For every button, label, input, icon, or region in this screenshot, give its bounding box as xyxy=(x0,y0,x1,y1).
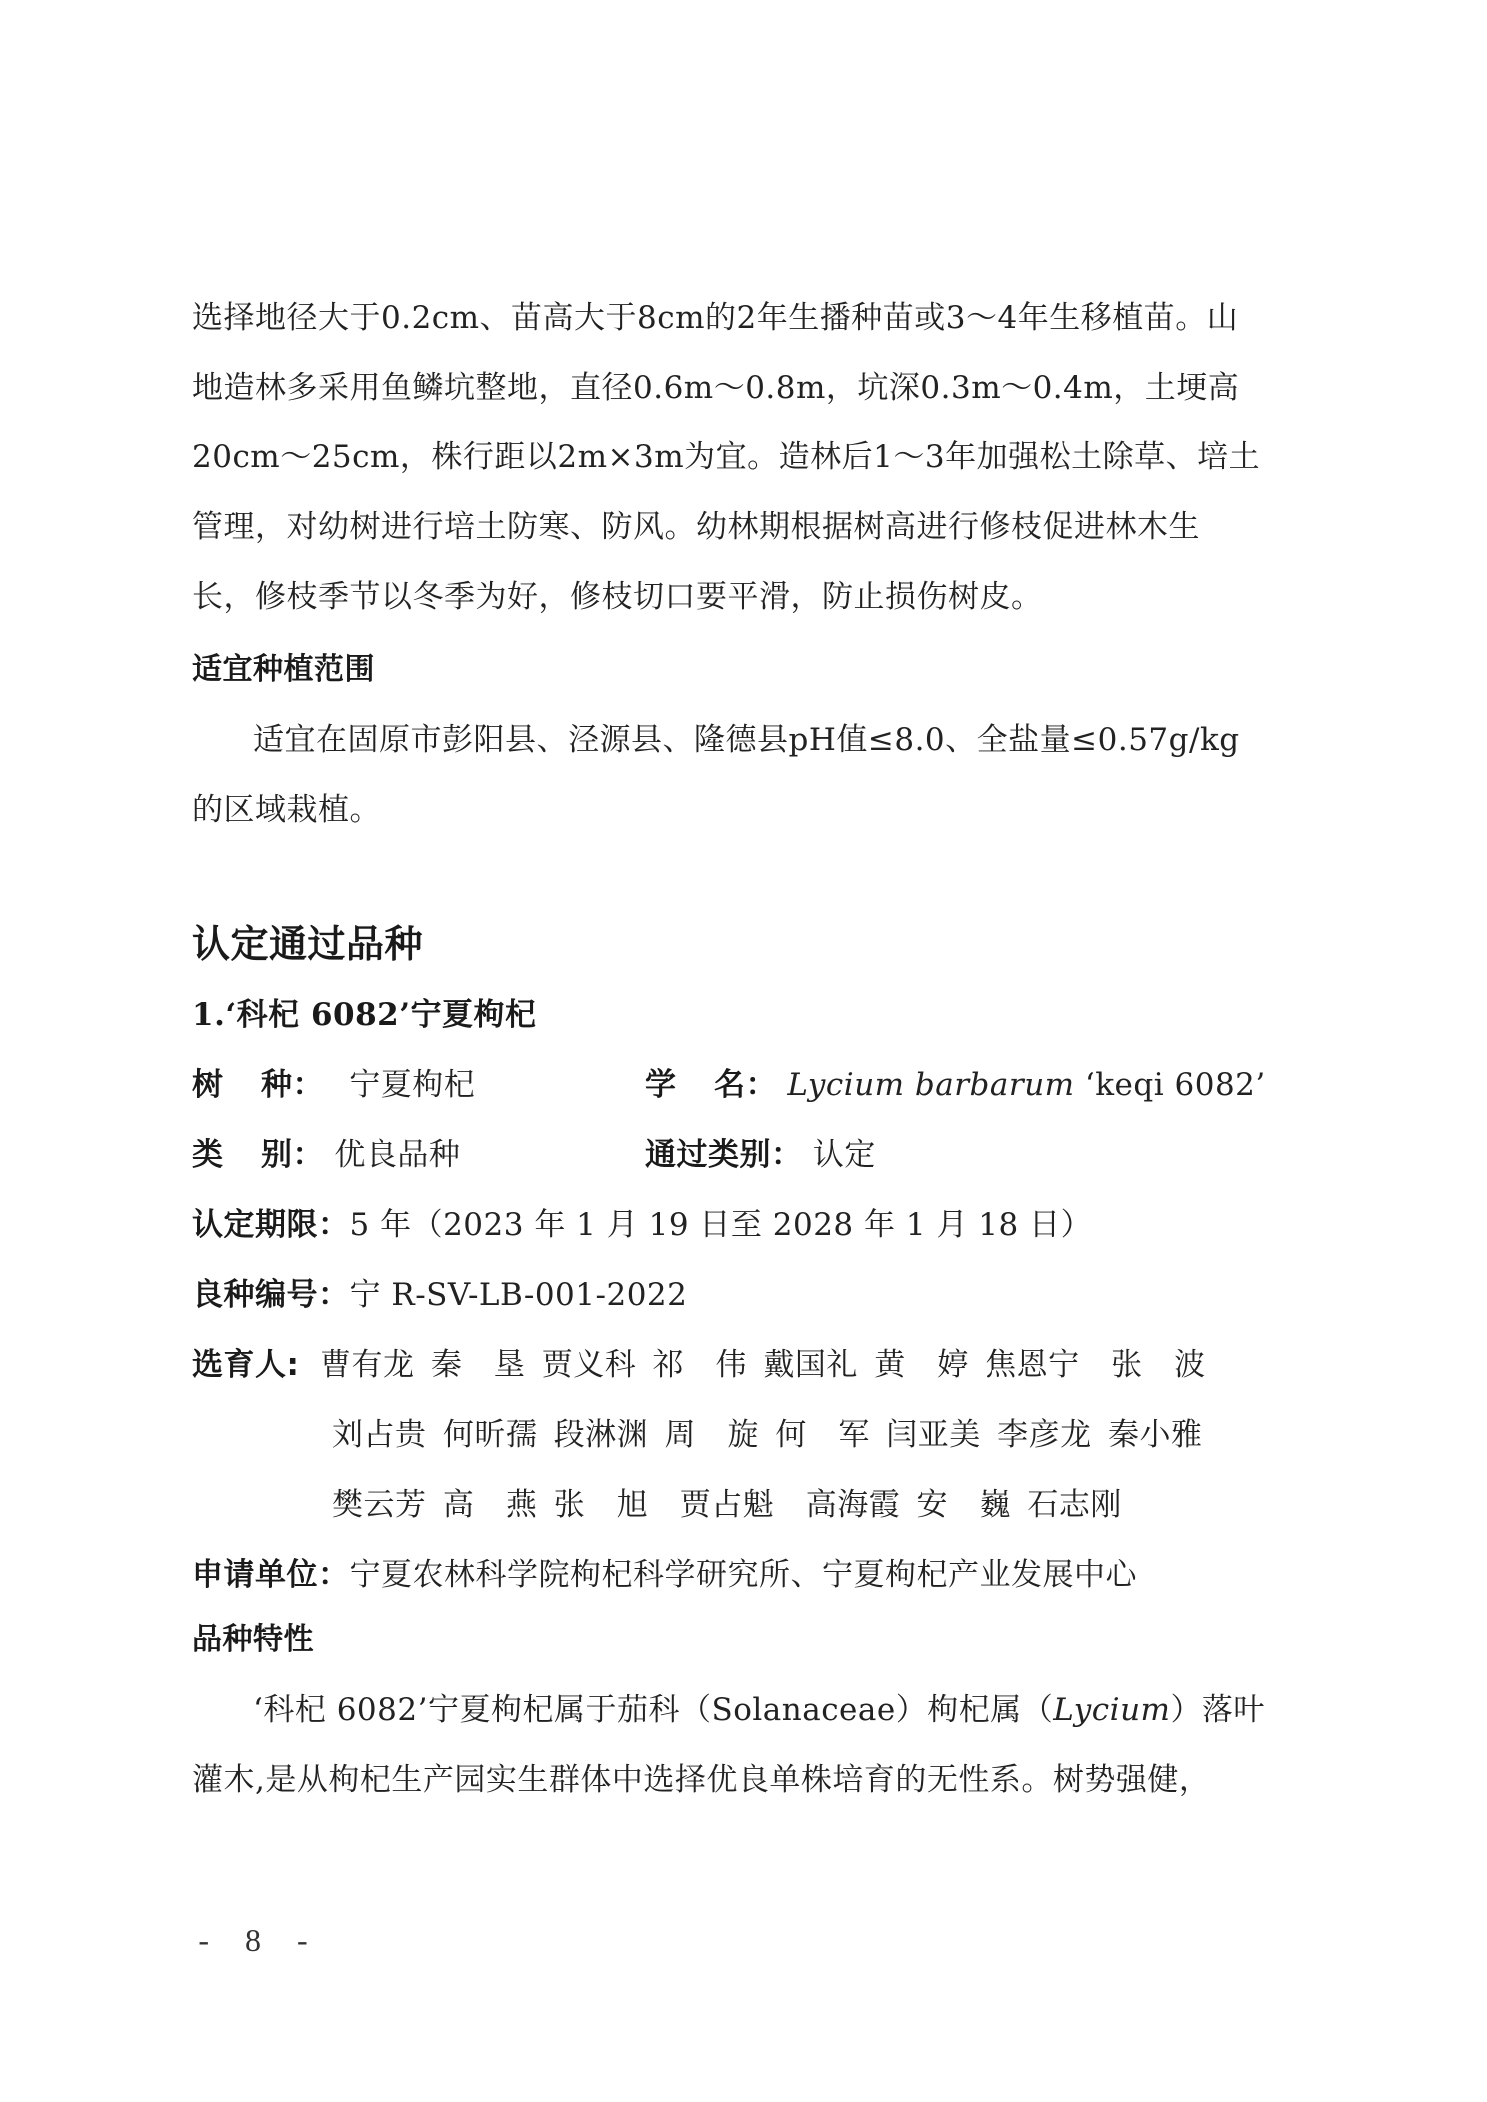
applicant-row: 申请单位：宁夏农林科学院枸杞科学研究所、宁夏枸杞产业发展中心 xyxy=(192,1555,1137,1595)
characteristics-text: ）落叶 xyxy=(1170,1692,1265,1728)
paragraph-line: 长，修枝季节以冬季为好，修枝切口要平滑，防止损伤树皮。 xyxy=(192,577,1043,617)
breeders-line: 樊云芳 高 燕 张 旭 贾占魁 高海霞 安 巍 石志刚 xyxy=(332,1485,1122,1525)
characteristics-line: 灌木,是从枸杞生产园实生群体中选择优良单株培育的无性系。树势强健， xyxy=(192,1760,1210,1800)
page-number: - 8 - xyxy=(0,1922,520,1959)
characteristics-heading: 品种特性 xyxy=(192,1620,314,1660)
validity-label: 认定期限： xyxy=(192,1207,350,1243)
applicant-value: 宁夏农林科学院枸杞科学研究所、宁夏枸杞产业发展中心 xyxy=(350,1557,1138,1593)
suitable-range-heading: 适宜种植范围 xyxy=(192,650,375,690)
applicant-label: 申请单位： xyxy=(192,1557,350,1593)
tree-species-row: 树树种：种： 宁夏枸杞 xyxy=(192,1065,475,1105)
category-row: 类别： 优良品种 xyxy=(192,1135,460,1175)
paragraph-line: 20cm～25cm，株行距以2m×3m为宜。造林后1～3年加强松土除草、培土 xyxy=(192,437,1260,477)
paragraph-line: 选择地径大于0.2cm、苗高大于8cm的2年生播种苗或3～4年生移植苗。山 xyxy=(192,298,1238,338)
code-row: 良种编号：宁 R-SV-LB-001-2022 xyxy=(192,1275,687,1315)
pass-type-row: 通过类别： 认定 xyxy=(645,1135,876,1175)
paragraph-line: 管理，对幼树进行培土防寒、防风。幼林期根据树高进行修枝促进林木生 xyxy=(192,507,1200,547)
category-value: 优良品种 xyxy=(334,1137,460,1173)
category-label: 类别： xyxy=(192,1137,324,1173)
scientific-name-cultivar: ‘keqi 6082’ xyxy=(1075,1067,1266,1103)
tree-species-label: 树树种：种： xyxy=(192,1067,335,1103)
suitable-range-text: 适宜在固原市彭阳县、泾源县、隆德县pH值≤8.0、全盐量≤0.57g/kg xyxy=(253,720,1240,760)
variety-title: 1.‘科杞 6082’宁夏枸杞 xyxy=(192,995,537,1035)
characteristics-text: ‘科杞 6082’宁夏枸杞属于茄科（Solanaceae）枸杞属（ xyxy=(253,1692,1053,1728)
scientific-name-label: 学名： xyxy=(645,1067,777,1103)
characteristics-line: ‘科杞 6082’宁夏枸杞属于茄科（Solanaceae）枸杞属（Lycium）… xyxy=(253,1690,1265,1730)
tree-species-value: 宁夏枸杞 xyxy=(349,1067,475,1103)
code-value: 宁 R-SV-LB-001-2022 xyxy=(350,1277,688,1313)
suitable-range-text: 的区域栽植。 xyxy=(192,790,381,830)
section-title: 认定通过品种 xyxy=(192,920,423,968)
validity-row: 认定期限：5 年（2023 年 1 月 19 日至 2028 年 1 月 18 … xyxy=(192,1205,1092,1245)
paragraph-line: 地造林多采用鱼鳞坑整地，直径0.6m～0.8m，坑深0.3m～0.4m，土埂高 xyxy=(192,368,1239,408)
pass-type-label: 通过类别： xyxy=(645,1137,803,1173)
breeders-line: 曹有龙 秦 垦 贾义科 祁 伟 戴国礼 黄 婷 焦恩宁 张 波 xyxy=(320,1345,1206,1385)
genus-italic: Lycium xyxy=(1053,1692,1170,1728)
pass-type-value: 认定 xyxy=(813,1137,876,1173)
scientific-name-row: 学名： Lycium barbarum ‘keqi 6082’ xyxy=(645,1065,1266,1105)
code-label: 良种编号： xyxy=(192,1277,350,1313)
validity-value: 5 年（2023 年 1 月 19 日至 2028 年 1 月 18 日） xyxy=(350,1207,1093,1243)
scientific-name-italic: Lycium barbarum xyxy=(787,1067,1074,1103)
breeders-row: 选育人: xyxy=(192,1345,299,1385)
breeders-label: 选育人: xyxy=(192,1347,299,1383)
breeders-line: 刘占贵 何昕孺 段淋渊 周 旋 何 军 闫亚美 李彦龙 秦小雅 xyxy=(332,1415,1202,1455)
